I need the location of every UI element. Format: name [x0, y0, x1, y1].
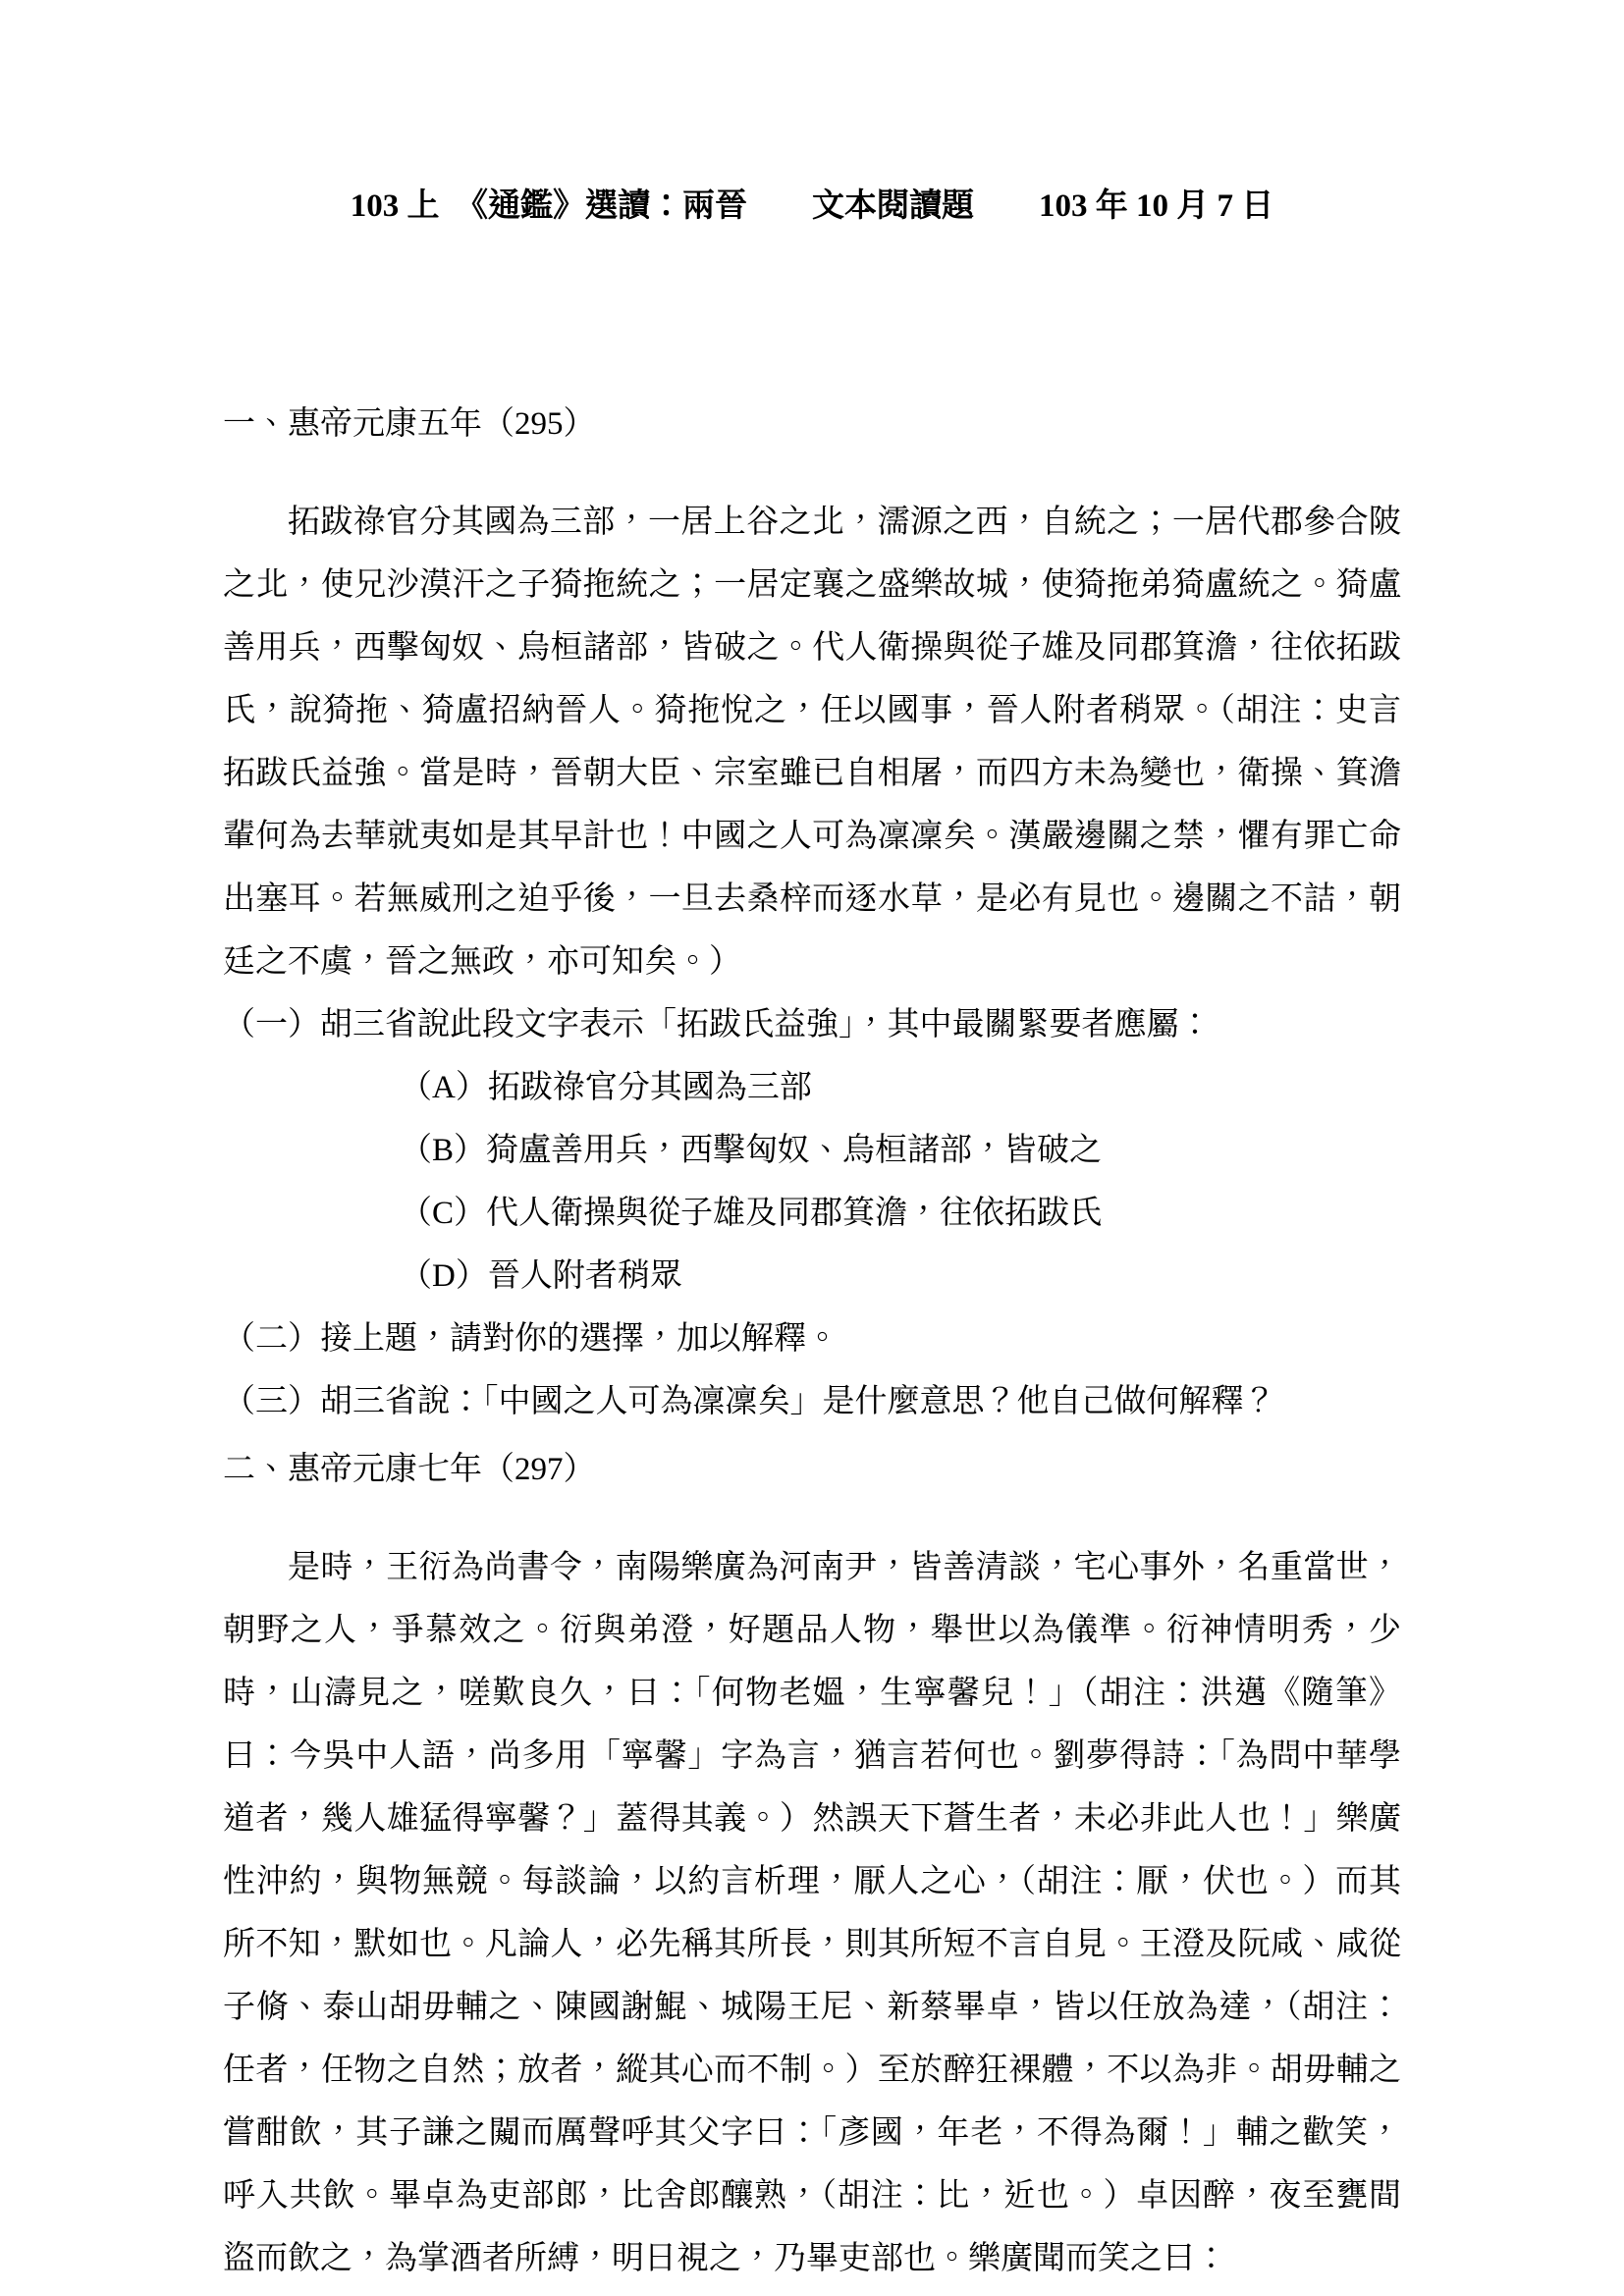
section-1: 一、惠帝元康五年（295） 拓跋祿官分其國為三部，一居上谷之北，濡源之西，自統之…	[223, 393, 1401, 1433]
section-2-passage: 是時，王衍為尚書令，南陽樂廣為河南尹，皆善清談，宅心事外，名重當世，朝野之人，爭…	[223, 1536, 1401, 2290]
section-1-heading: 一、惠帝元康五年（295）	[223, 393, 1401, 455]
section-1-passage: 拓跋祿官分其國為三部，一居上谷之北，濡源之西，自統之；一居代郡參合陂之北，使兄沙…	[223, 491, 1401, 993]
section-1-questions: （一）胡三省說此段文字表示「拓跋氏益強」，其中最關緊要者應屬： （A）拓跋祿官分…	[223, 993, 1401, 1433]
section-2-heading: 二、惠帝元康七年（297）	[223, 1438, 1401, 1501]
page-title: 103 上 《通鑑》選讀：兩晉 文本閱讀題 103 年 10 月 7 日	[223, 182, 1401, 231]
option-c: （C）代人衛操與從子雄及同郡箕澹，往依拓跋氏	[223, 1182, 1401, 1245]
option-a: （A）拓跋祿官分其國為三部	[223, 1056, 1401, 1119]
question-1: （一）胡三省說此段文字表示「拓跋氏益強」，其中最關緊要者應屬：	[223, 993, 1401, 1056]
question-3: （三）胡三省說：「中國之人可為凜凜矣」是什麼意思？他自己做何解釋？	[223, 1370, 1401, 1433]
document-page: 103 上 《通鑑》選讀：兩晉 文本閱讀題 103 年 10 月 7 日 一、惠…	[0, 0, 1624, 2296]
question-2: （二）接上題，請對你的選擇，加以解釋。	[223, 1308, 1401, 1370]
option-b: （B）猗盧善用兵，西擊匈奴、烏桓諸部，皆破之	[223, 1119, 1401, 1182]
option-d: （D）晉人附者稍眾	[223, 1245, 1401, 1308]
section-2: 二、惠帝元康七年（297） 是時，王衍為尚書令，南陽樂廣為河南尹，皆善清談，宅心…	[223, 1438, 1401, 2290]
